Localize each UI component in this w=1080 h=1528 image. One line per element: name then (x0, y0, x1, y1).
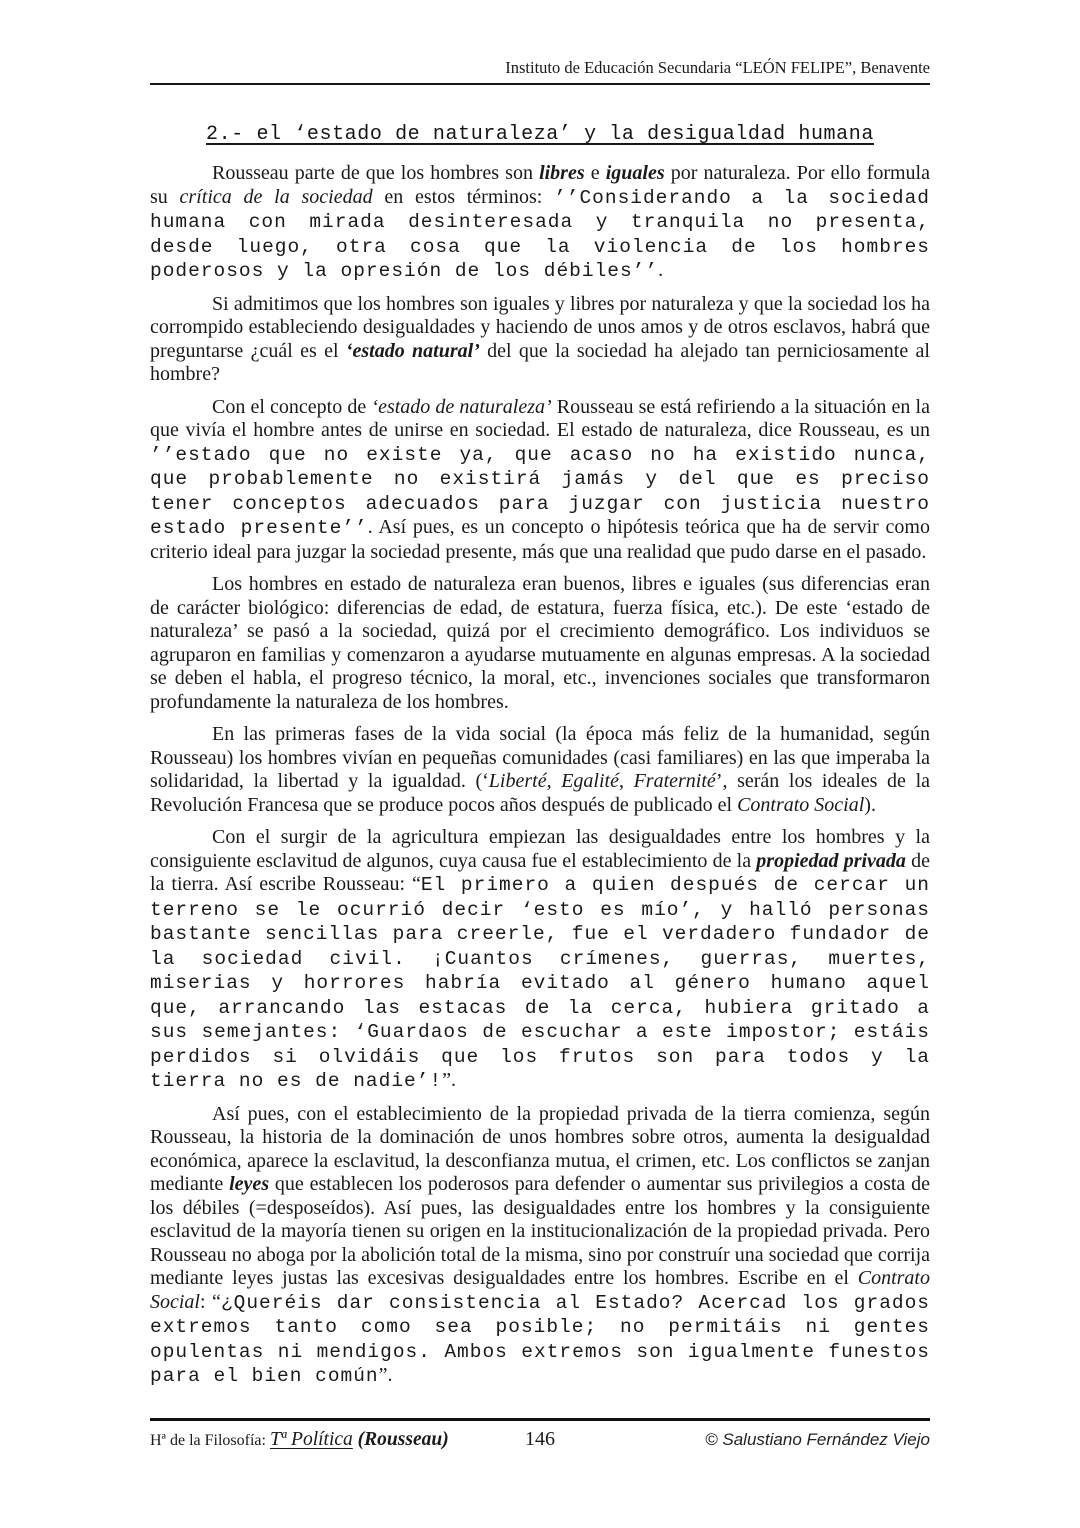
paragraph: Si admitimos que los hombres son iguales… (150, 293, 930, 387)
text-run: propiedad privada (756, 850, 906, 872)
paragraph: Los hombres en estado de naturaleza eran… (150, 573, 930, 714)
text-run: . (658, 259, 663, 281)
paragraph: Con el concepto de ‘estado de naturaleza… (150, 396, 930, 565)
document-page: Instituto de Educación Secundaria “LEÓN … (0, 0, 1080, 1528)
body-paragraphs: Rousseau parte de que los hombres son li… (150, 162, 930, 1389)
footer-row: Hª de la Filosofía: Tª Política (Roussea… (150, 1428, 930, 1451)
paragraph: Con el surgir de la agricultura empiezan… (150, 826, 930, 1094)
text-run: Con el concepto de (212, 396, 371, 418)
page-number: 146 (495, 1428, 585, 1451)
text-run: Rousseau parte de que los hombres son (212, 162, 539, 184)
page-footer: Hª de la Filosofía: Tª Política (Roussea… (150, 1418, 930, 1451)
text-run: Liberté, Egalité, Fraternité (489, 770, 716, 792)
text-run: iguales (606, 162, 665, 184)
text-run: crítica de la sociedad (180, 186, 373, 208)
text-run: : “ (200, 1291, 221, 1313)
header-rule (150, 83, 930, 85)
text-run: ). (864, 794, 876, 816)
text-run: ‘estado natural’ (346, 340, 480, 362)
text-run: ”. (379, 1364, 393, 1386)
paragraph: Así pues, con el establecimiento de la p… (150, 1103, 930, 1389)
text-run: en estos términos: (373, 186, 554, 208)
text-run: libres (539, 162, 585, 184)
text-run: Los hombres en estado de naturaleza eran… (150, 573, 930, 713)
section-title: 2.- el ‘estado de naturaleza’ y la desig… (150, 123, 930, 146)
text-run: El primero a quien después de cercar un … (150, 874, 930, 1092)
text-run: ‘estado de naturaleza’ (371, 396, 551, 418)
copyright: © Salustiano Fernández Viejo (585, 1430, 930, 1450)
paragraph: Rousseau parte de que los hombres son li… (150, 162, 930, 284)
text-run: Contrato Social (737, 794, 864, 816)
course-author: (Rousseau) (353, 1429, 449, 1450)
text-run: leyes (229, 1173, 269, 1195)
footer-rule (150, 1418, 930, 1421)
paragraph: En las primeras fases de la vida social … (150, 723, 930, 817)
footer-course: Hª de la Filosofía: Tª Política (Roussea… (150, 1429, 495, 1451)
course-label: Hª de la Filosofía: (150, 1432, 270, 1449)
institute-name: Instituto de Educación Secundaria “LEÓN … (0, 0, 1080, 78)
text-run: e (585, 162, 606, 184)
text-run: ”. (442, 1069, 456, 1091)
course-topic: Tª Política (270, 1429, 353, 1450)
text-run: ¿Queréis dar consistencia al Estado? Ace… (150, 1292, 930, 1388)
